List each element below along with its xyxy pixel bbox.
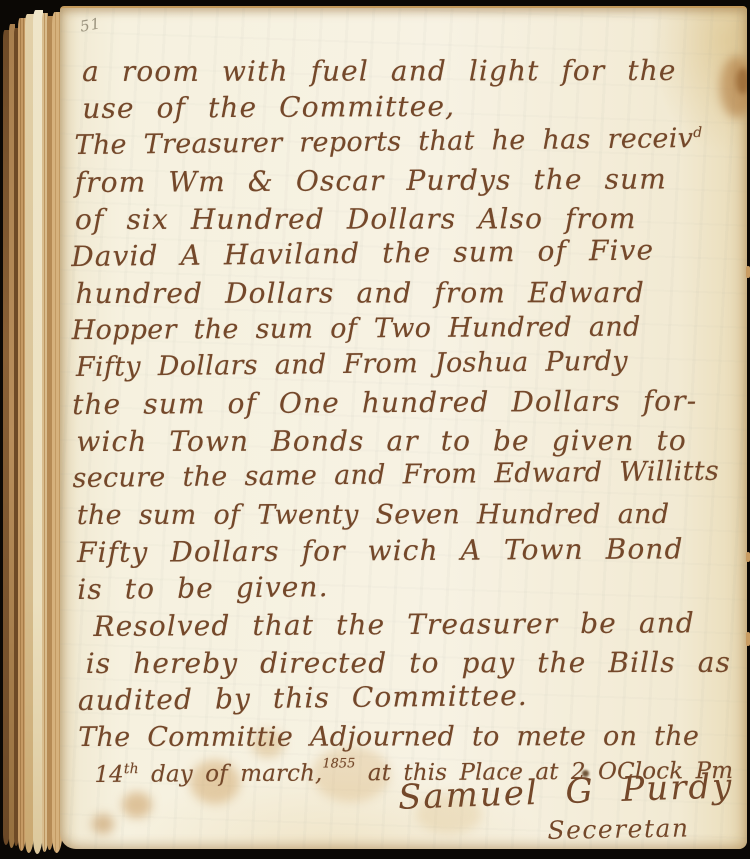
manuscript-line: David A Haviland the sum of Five bbox=[71, 231, 743, 276]
page-number: 51 bbox=[79, 14, 103, 35]
manuscript-line: secure the same and From Edward Willitts bbox=[72, 453, 744, 498]
superscript: d bbox=[693, 125, 702, 141]
manuscript-line: a room with fuel and light for the bbox=[82, 53, 742, 91]
superscript: th bbox=[124, 761, 139, 777]
page-edge-fleck bbox=[746, 632, 750, 646]
manuscript-text-block: a room with fuel and light for the use o… bbox=[82, 50, 747, 794]
manuscript-line: the sum of One hundred Dollars for- bbox=[72, 383, 744, 424]
manuscript-line: Fifty Dollars and From Joshua Purdy bbox=[76, 342, 744, 387]
manuscript-line: is to be given. bbox=[77, 564, 745, 609]
manuscript-line: The Treasurer reports that he has receiv… bbox=[74, 120, 742, 165]
foxing-stain bbox=[92, 814, 114, 834]
inserted-year: 1855 bbox=[322, 757, 355, 772]
manuscript-line: The Committie Adjourned to mete on the bbox=[78, 719, 746, 757]
manuscript-line: audited by this Committee. bbox=[78, 675, 746, 720]
signature-title: Seceretan bbox=[397, 813, 689, 847]
page-edge-fleck bbox=[746, 266, 750, 278]
manuscript-scan: 51 a room with fuel and light for the us… bbox=[0, 0, 750, 859]
line-text: The Treasurer reports that he has receiv bbox=[74, 123, 693, 161]
signature-name: Samuel G Purdy bbox=[397, 766, 734, 818]
line-text: day of march, bbox=[139, 761, 323, 788]
manuscript-line: hundred Dollars and from Edward bbox=[75, 275, 743, 313]
line-text: 14 bbox=[94, 762, 124, 788]
book-binding-page-edges bbox=[0, 0, 62, 859]
manuscript-line: Resolved that the Treasurer be and bbox=[93, 605, 745, 646]
signature-block: Samuel G Purdy Seceretan bbox=[398, 772, 733, 845]
manuscript-page: 51 a room with fuel and light for the us… bbox=[60, 6, 747, 849]
manuscript-line: from Wm & Oscar Purdys the sum bbox=[75, 161, 743, 202]
page-edge-fleck bbox=[746, 552, 750, 562]
manuscript-line: the sum of Twenty Seven Hundred and bbox=[77, 497, 745, 535]
foxing-stain bbox=[122, 792, 152, 818]
